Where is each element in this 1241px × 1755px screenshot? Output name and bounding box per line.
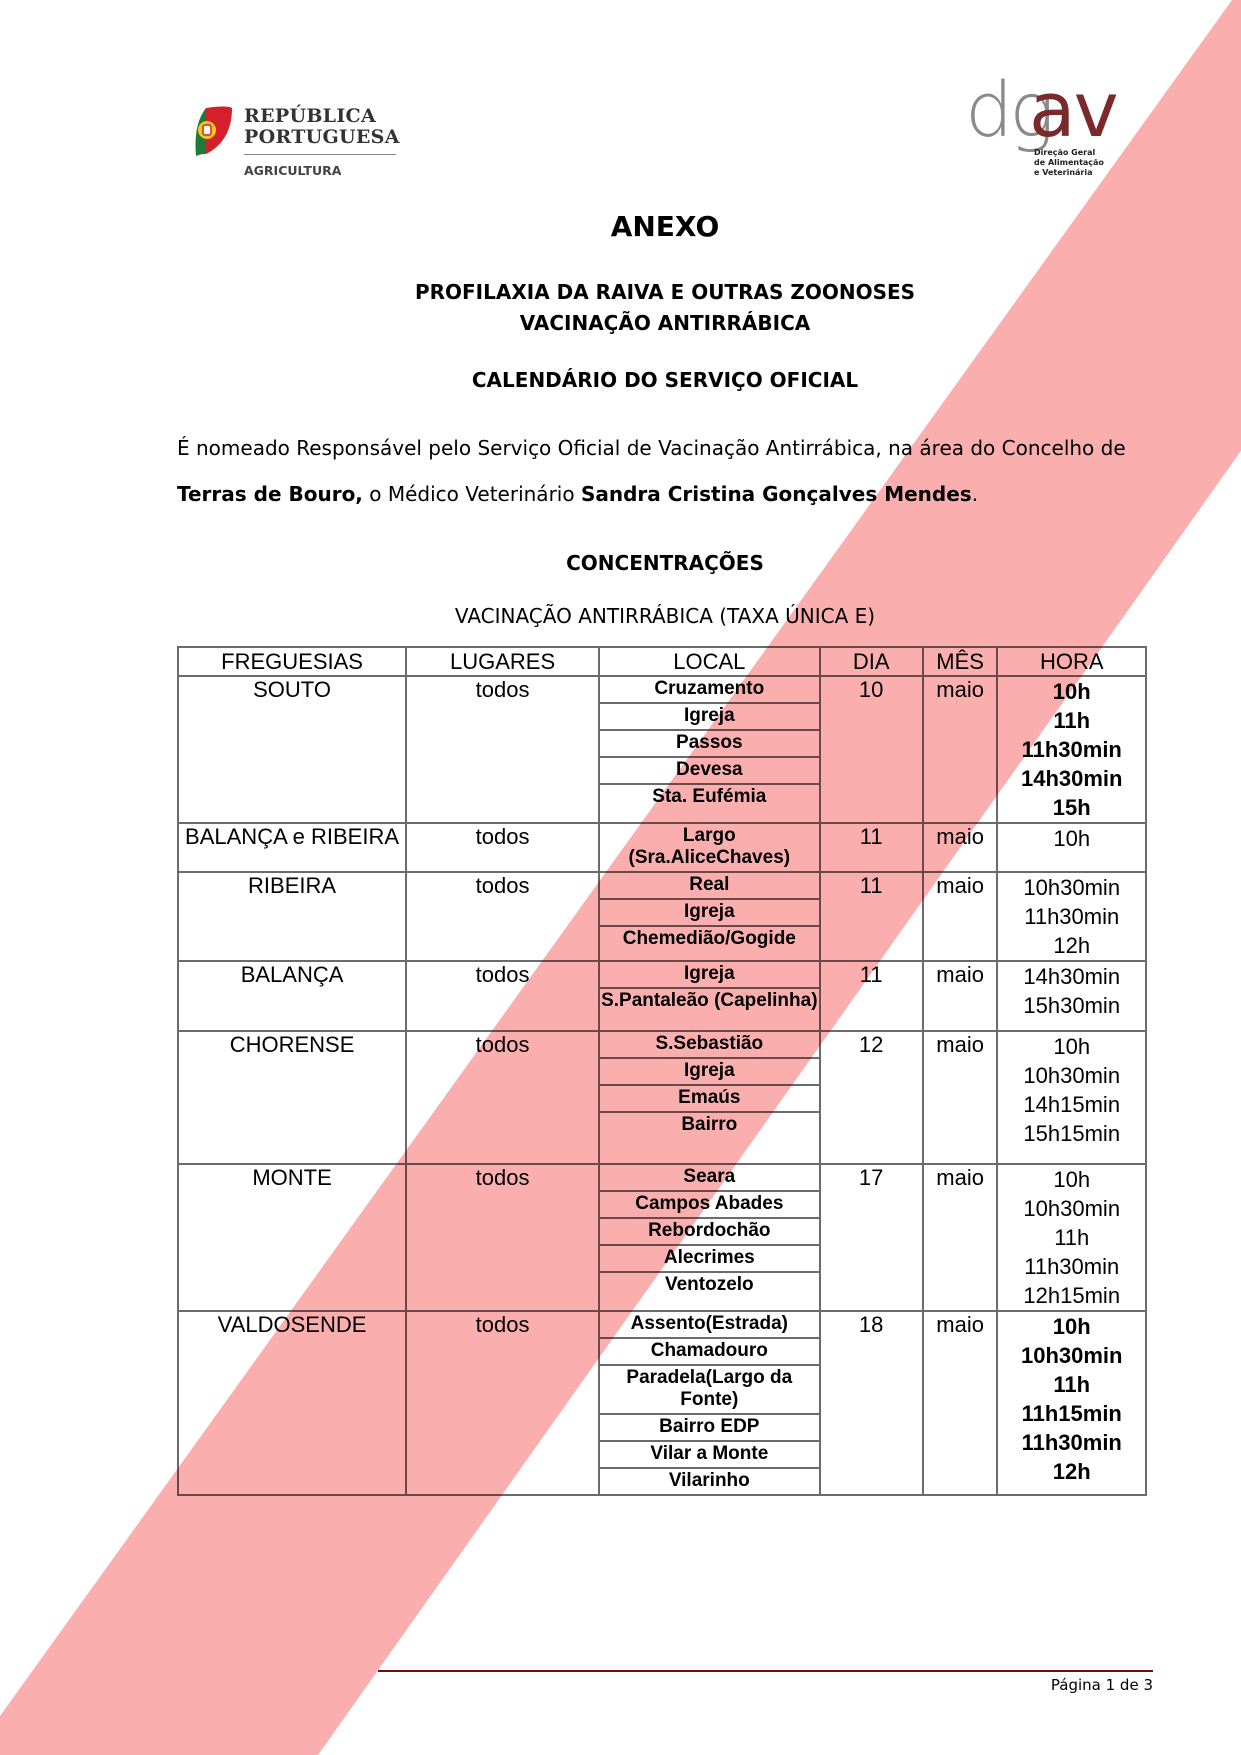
paragraph-text: É nomeado Responsável pelo Serviço Ofici…	[177, 436, 1126, 460]
hora-cell: 10h10h30min11h11h30min12h15min	[997, 1164, 1146, 1311]
mes-cell: maio	[923, 872, 998, 961]
freguesia-cell: SOUTO	[178, 676, 406, 823]
local-item: Sta. Eufémia	[600, 785, 818, 810]
header-mes: MÊS	[923, 647, 998, 676]
logo-line-2: PORTUGUESA	[244, 127, 400, 148]
local-item: Igreja	[600, 900, 818, 927]
hora-item: 11h30min	[998, 902, 1145, 931]
local-item: Rebordochão	[600, 1219, 818, 1246]
table-caption: VACINAÇÃO ANTIRRÁBICA (TAXA ÚNICA E)	[180, 604, 1150, 628]
local-cell: RealIgrejaChemedião/Gogide	[599, 872, 819, 961]
local-cell: Largo (Sra.AliceChaves)	[599, 823, 819, 872]
local-item: Assento(Estrada)	[600, 1312, 818, 1339]
dia-cell: 18	[820, 1311, 923, 1495]
hora-item: 15h30min	[998, 991, 1145, 1020]
table-row: SOUTOtodosCruzamentoIgrejaPassosDevesaSt…	[178, 676, 1146, 823]
veterinarian-name: Sandra Cristina Gonçalves Mendes	[581, 482, 972, 506]
local-item: Vilarinho	[600, 1469, 818, 1494]
local-item: Campos Abades	[600, 1192, 818, 1219]
logo-line-1: REPÚBLICA	[244, 106, 400, 127]
header-freguesias: FREGUESIAS	[178, 647, 406, 676]
local-item: Igreja	[600, 704, 818, 731]
dia-cell: 12	[820, 1031, 923, 1164]
hora-item: 10h30min	[998, 1061, 1145, 1090]
freguesia-cell: BALANÇA	[178, 961, 406, 1031]
table-body: SOUTOtodosCruzamentoIgrejaPassosDevesaSt…	[178, 676, 1146, 1495]
hora-item: 10h	[998, 677, 1145, 706]
hora-item: 10h30min	[998, 873, 1145, 902]
dgav-sub-line: de Alimentação	[1034, 158, 1104, 168]
lugares-cell: todos	[406, 1031, 599, 1164]
header-dia: DIA	[820, 647, 923, 676]
calendar-heading: CALENDÁRIO DO SERVIÇO OFICIAL	[180, 368, 1150, 392]
table-row: BALANÇA e RIBEIRAtodosLargo (Sra.AliceCh…	[178, 823, 1146, 872]
lugares-cell: todos	[406, 1311, 599, 1495]
local-item: Cruzamento	[600, 677, 818, 704]
local-item: Igreja	[600, 962, 818, 989]
mes-cell: maio	[923, 1164, 998, 1311]
mes-cell: maio	[923, 1311, 998, 1495]
hora-item: 14h15min	[998, 1090, 1145, 1119]
freguesia-cell: RIBEIRA	[178, 872, 406, 961]
local-item: S.Sebastião	[600, 1032, 818, 1059]
dgav-sub-line: e Veterinária	[1034, 168, 1104, 178]
hora-item: 11h	[998, 1370, 1145, 1399]
table-row: BALANÇAtodosIgrejaS.Pantaleão (Capelinha…	[178, 961, 1146, 1031]
table-header-row: FREGUESIAS LUGARES LOCAL DIA MÊS HORA	[178, 647, 1146, 676]
local-item: Emaús	[600, 1086, 818, 1113]
hora-item: 12h	[998, 1457, 1145, 1486]
hora-item: 10h	[998, 824, 1145, 853]
hora-item: 12h	[998, 931, 1145, 960]
appointment-paragraph: É nomeado Responsável pelo Serviço Ofici…	[177, 425, 1152, 517]
hora-item: 11h	[998, 706, 1145, 735]
lugares-cell: todos	[406, 676, 599, 823]
local-item: Chemedião/Gogide	[600, 927, 818, 952]
mes-cell: maio	[923, 961, 998, 1031]
hora-cell: 10h11h11h30min14h30min15h	[997, 676, 1146, 823]
document-subtitle: PROFILAXIA DA RAIVA E OUTRAS ZOONOSES VA…	[180, 277, 1150, 339]
page-title: ANEXO	[180, 210, 1150, 243]
local-cell: IgrejaS.Pantaleão (Capelinha)	[599, 961, 819, 1031]
header-local: LOCAL	[599, 647, 819, 676]
local-item: Paradela(Largo da Fonte)	[600, 1366, 818, 1415]
logo-ministry: AGRICULTURA	[244, 163, 341, 178]
hora-item: 11h30min	[998, 1428, 1145, 1457]
local-item: Seara	[600, 1165, 818, 1192]
hora-item: 10h	[998, 1165, 1145, 1194]
mes-cell: maio	[923, 1031, 998, 1164]
table-row: RIBEIRAtodosRealIgrejaChemedião/Gogide11…	[178, 872, 1146, 961]
lugares-cell: todos	[406, 961, 599, 1031]
hora-cell: 10h10h30min14h15min15h15min	[997, 1031, 1146, 1164]
local-cell: Assento(Estrada)ChamadouroParadela(Largo…	[599, 1311, 819, 1495]
page-number: Página 1 de 3	[1000, 1676, 1153, 1694]
hora-item: 14h30min	[998, 962, 1145, 991]
dgav-sub-line: Direção Geral	[1034, 148, 1104, 158]
header-lugares: LUGARES	[406, 647, 599, 676]
dia-cell: 11	[820, 823, 923, 872]
hora-item: 14h30min	[998, 764, 1145, 793]
hora-item: 10h30min	[998, 1194, 1145, 1223]
dgav-mark-red: av	[1029, 65, 1117, 154]
freguesia-cell: CHORENSE	[178, 1031, 406, 1164]
local-item: Devesa	[600, 758, 818, 785]
dia-cell: 11	[820, 872, 923, 961]
dia-cell: 17	[820, 1164, 923, 1311]
subtitle-line-2: VACINAÇÃO ANTIRRÁBICA	[180, 308, 1150, 339]
local-item: Alecrimes	[600, 1246, 818, 1273]
hora-cell: 14h30min15h30min	[997, 961, 1146, 1031]
hora-item: 10h30min	[998, 1341, 1145, 1370]
local-cell: SearaCampos AbadesRebordochãoAlecrimesVe…	[599, 1164, 819, 1311]
hora-cell: 10h10h30min11h11h15min11h30min12h	[997, 1311, 1146, 1495]
paragraph-text: o Médico Veterinário	[363, 482, 581, 506]
hora-cell: 10h30min11h30min12h	[997, 872, 1146, 961]
hora-item: 15h15min	[998, 1119, 1145, 1148]
local-item: Chamadouro	[600, 1339, 818, 1366]
lugares-cell: todos	[406, 823, 599, 872]
local-item: Vilar a Monte	[600, 1442, 818, 1469]
logo-wordmark: REPÚBLICA PORTUGUESA	[244, 106, 400, 148]
hora-item: 15h	[998, 793, 1145, 822]
dgav-logo: dg av Direção Geral de Alimentação e Vet…	[965, 85, 1105, 185]
table-row: CHORENSEtodosS.SebastiãoIgrejaEmaúsBairr…	[178, 1031, 1146, 1164]
hora-item: 11h	[998, 1223, 1145, 1252]
concentrations-heading: CONCENTRAÇÕES	[180, 551, 1150, 575]
municipality-name: Terras de Bouro,	[177, 482, 363, 506]
paragraph-text: .	[972, 482, 978, 506]
hora-item: 11h15min	[998, 1399, 1145, 1428]
footer-rule	[378, 1670, 1153, 1672]
logo-divider	[244, 154, 396, 155]
hora-item: 11h30min	[998, 1252, 1145, 1281]
lugares-cell: todos	[406, 1164, 599, 1311]
header-hora: HORA	[997, 647, 1146, 676]
vaccination-schedule-table: FREGUESIAS LUGARES LOCAL DIA MÊS HORA SO…	[177, 646, 1147, 1496]
freguesia-cell: VALDOSENDE	[178, 1311, 406, 1495]
local-item: Bairro	[600, 1113, 818, 1138]
local-item: Largo (Sra.AliceChaves)	[600, 824, 818, 871]
lugares-cell: todos	[406, 872, 599, 961]
mes-cell: maio	[923, 676, 998, 823]
freguesia-cell: MONTE	[178, 1164, 406, 1311]
local-item: Igreja	[600, 1059, 818, 1086]
republica-portuguesa-logo: REPÚBLICA PORTUGUESA AGRICULTURA	[190, 100, 400, 190]
local-item: Real	[600, 873, 818, 900]
freguesia-cell: BALANÇA e RIBEIRA	[178, 823, 406, 872]
dia-cell: 10	[820, 676, 923, 823]
hora-item: 10h	[998, 1312, 1145, 1341]
table-row: VALDOSENDEtodosAssento(Estrada)Chamadour…	[178, 1311, 1146, 1495]
hora-item: 12h15min	[998, 1281, 1145, 1310]
local-item: Passos	[600, 731, 818, 758]
dgav-subtitle: Direção Geral de Alimentação e Veterinár…	[1034, 148, 1104, 178]
table-row: MONTEtodosSearaCampos AbadesRebordochãoA…	[178, 1164, 1146, 1311]
local-item: Bairro EDP	[600, 1415, 818, 1442]
local-item: Ventozelo	[600, 1273, 818, 1298]
local-cell: CruzamentoIgrejaPassosDevesaSta. Eufémia	[599, 676, 819, 823]
dia-cell: 11	[820, 961, 923, 1031]
local-item: S.Pantaleão (Capelinha)	[600, 989, 818, 1014]
hora-cell: 10h	[997, 823, 1146, 872]
mes-cell: maio	[923, 823, 998, 872]
hora-item: 11h30min	[998, 735, 1145, 764]
local-cell: S.SebastiãoIgrejaEmaúsBairro	[599, 1031, 819, 1164]
hora-item: 10h	[998, 1032, 1145, 1061]
portuguese-flag-icon	[192, 104, 232, 160]
subtitle-line-1: PROFILAXIA DA RAIVA E OUTRAS ZOONOSES	[180, 277, 1150, 308]
